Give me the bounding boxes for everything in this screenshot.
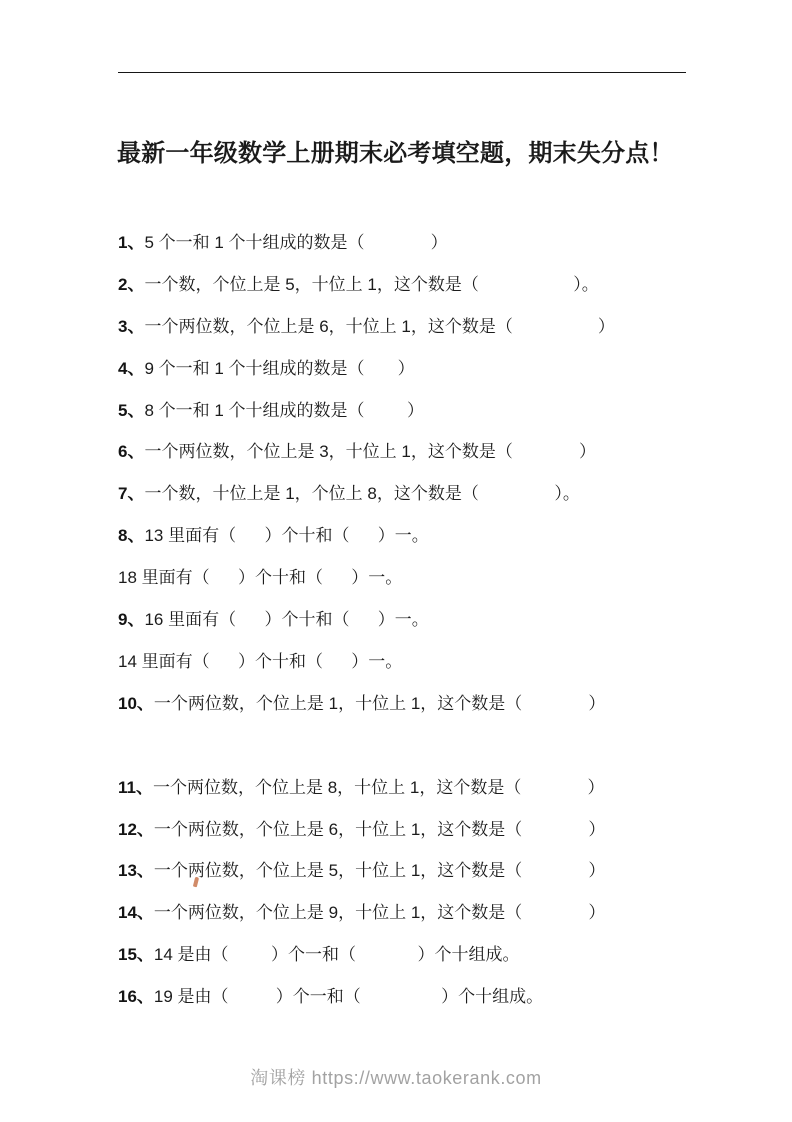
question-number: 4、 [118,359,144,378]
question-number: 5、 [118,401,144,420]
footer-url: https://www.taokerank.com [312,1068,542,1088]
question-list: 1、5 个一和 1 个十组成的数是（ ） 2、一个数，个位上是 5，十位上 1，… [118,222,738,1018]
question-text: 8 个一和 1 个十组成的数是（ ） [144,401,424,420]
question-row-9: 9、16 里面有（ ）个十和（ ）一。 [118,599,738,641]
worksheet-page: 最新一年级数学上册期末必考填空题，期末失分点！ 1、5 个一和 1 个十组成的数… [0,0,792,1122]
question-text: 一个两位数，个位上是 3，十位上 1，这个数是（ ） [144,442,595,461]
question-row-8: 8、13 里面有（ ）个十和（ ）一。 [118,515,738,557]
question-number: 16、 [118,987,154,1006]
question-row-10: 10、一个两位数，个位上是 1，十位上 1，这个数是（ ） [118,683,738,725]
question-text: 13 里面有（ ）个十和（ ）一。 [144,526,428,545]
question-number: 11、 [118,778,153,797]
question-number: 3、 [118,317,144,336]
question-number: 2、 [118,275,144,294]
question-text: 18 里面有（ ）个十和（ ）一。 [118,568,402,587]
question-number: 14、 [118,903,154,922]
footer: 淘课榜 https://www.taokerank.com [0,1066,792,1090]
question-row-12: 12、一个两位数，个位上是 6，十位上 1，这个数是（ ） [118,809,738,851]
question-row-11: 11、一个两位数，个位上是 8，十位上 1，这个数是（ ） [118,767,738,809]
question-row-7: 7、一个数，十位上是 1，个位上 8，这个数是（ ）。 [118,473,738,515]
question-row-2: 2、一个数，个位上是 5，十位上 1，这个数是（ ）。 [118,264,738,306]
question-text: 一个数，十位上是 1，个位上 8，这个数是（ ）。 [144,484,579,503]
question-text: 16 里面有（ ）个十和（ ）一。 [144,610,428,629]
question-text: 一个两位数，个位上是 6，十位上 1，这个数是（ ） [144,317,614,336]
question-text: 14 是由（ ）个一和（ ）个十组成。 [154,945,520,964]
question-number: 1、 [118,233,144,252]
question-number: 10、 [118,694,154,713]
question-row-8-continued: 18 里面有（ ）个十和（ ）一。 [118,557,738,599]
question-text: 一个两位数，个位上是 8，十位上 1，这个数是（ ） [153,778,604,797]
question-row-6: 6、一个两位数，个位上是 3，十位上 1，这个数是（ ） [118,431,738,473]
question-row-1: 1、5 个一和 1 个十组成的数是（ ） [118,222,738,264]
question-row-15: 15、14 是由（ ）个一和（ ）个十组成。 [118,934,738,976]
question-number: 6、 [118,442,144,461]
question-row-16: 16、19 是由（ ）个一和（ ）个十组成。 [118,976,738,1018]
footer-site-name: 淘课榜 [250,1068,306,1088]
question-text: 5 个一和 1 个十组成的数是（ ） [144,233,447,252]
question-text: 14 里面有（ ）个十和（ ）一。 [118,652,402,671]
question-number: 15、 [118,945,154,964]
question-text: 一个两位数，个位上是 1，十位上 1，这个数是（ ） [154,694,605,713]
question-text: 一个两位数，个位上是 6，十位上 1，这个数是（ ） [154,820,605,839]
question-row-4: 4、9 个一和 1 个十组成的数是（ ） [118,348,738,390]
question-row-3: 3、一个两位数，个位上是 6，十位上 1，这个数是（ ） [118,306,738,348]
question-row-14: 14、一个两位数，个位上是 9，十位上 1，这个数是（ ） [118,892,738,934]
question-row-13: 13、一个两位数，个位上是 5，十位上 1，这个数是（ ） [118,850,738,892]
question-text: 19 是由（ ）个一和（ ）个十组成。 [154,987,543,1006]
question-number: 9、 [118,610,144,629]
question-text: 一个数，个位上是 5，十位上 1，这个数是（ ）。 [144,275,598,294]
blank-line [118,725,738,767]
header-divider [118,72,686,73]
question-number: 7、 [118,484,144,503]
question-text: 一个两位数，个位上是 9，十位上 1，这个数是（ ） [154,903,605,922]
question-text: 一个两位数，个位上是 5，十位上 1，这个数是（ ） [154,861,605,880]
question-row-9-continued: 14 里面有（ ）个十和（ ）一。 [118,641,738,683]
question-row-5: 5、8 个一和 1 个十组成的数是（ ） [118,390,738,432]
question-number: 13、 [118,861,154,880]
question-text: 9 个一和 1 个十组成的数是（ ） [144,359,414,378]
question-number: 8、 [118,526,144,545]
page-title: 最新一年级数学上册期末必考填空题，期末失分点！ [117,138,674,170]
question-number: 12、 [118,820,154,839]
